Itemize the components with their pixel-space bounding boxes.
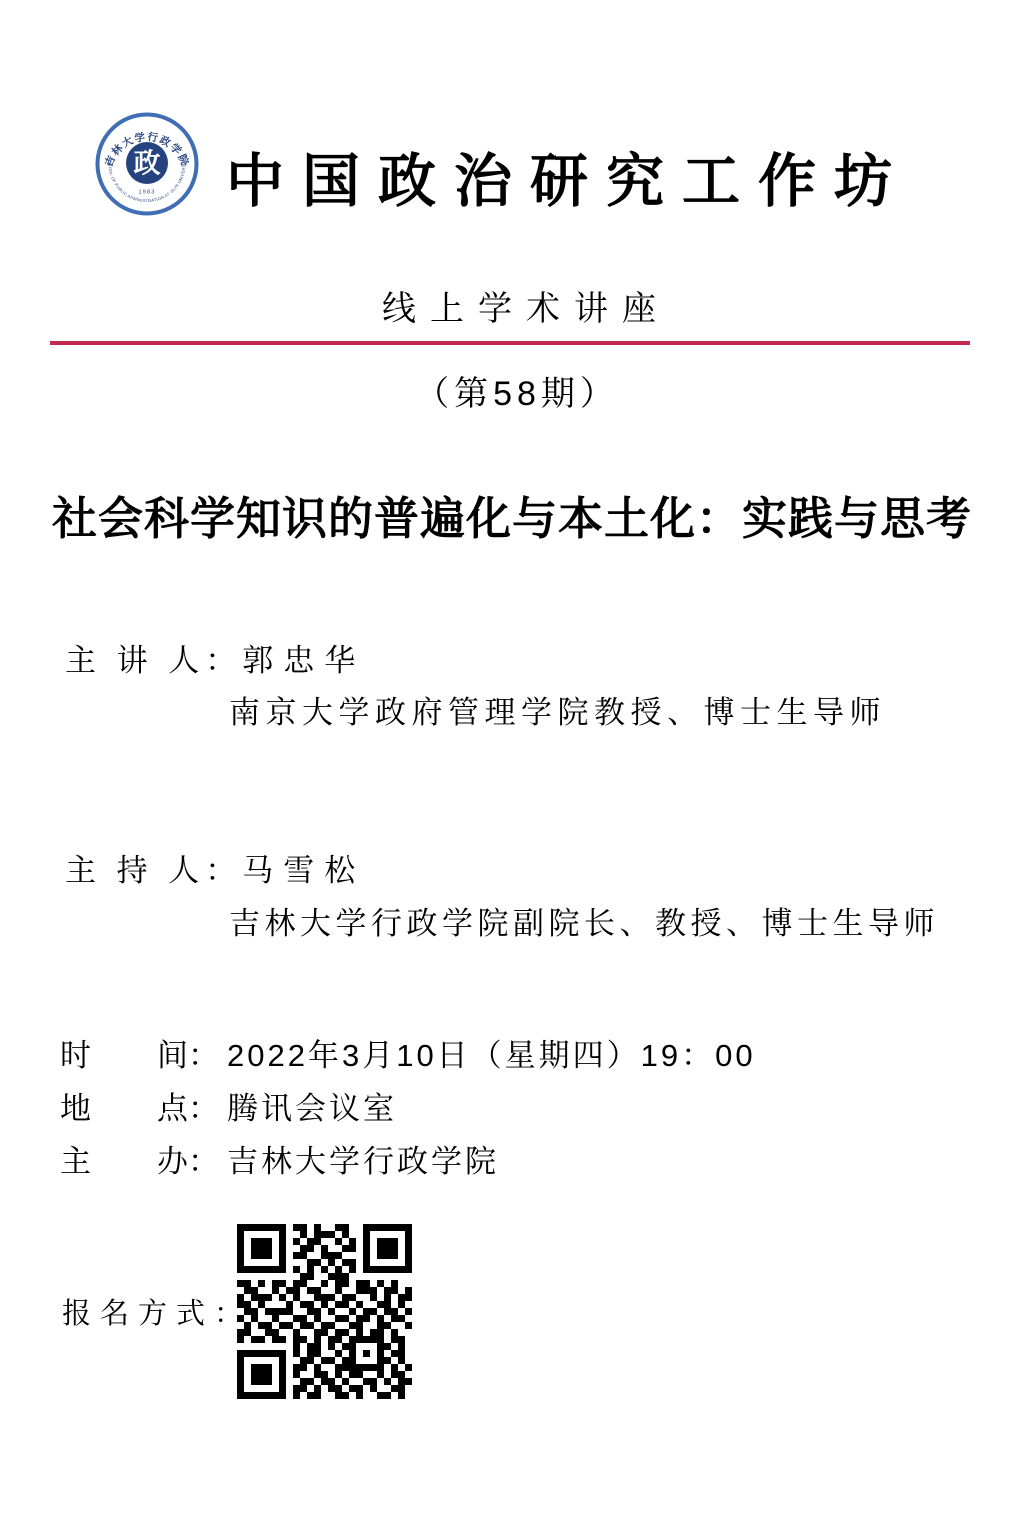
qr-module <box>272 1280 279 1287</box>
qr-module <box>251 1287 258 1294</box>
qr-module <box>300 1266 307 1273</box>
qr-module <box>293 1280 300 1287</box>
qr-module <box>321 1385 328 1392</box>
qr-module <box>258 1385 265 1392</box>
qr-module <box>244 1287 251 1294</box>
qr-module <box>307 1392 314 1399</box>
qr-module <box>328 1245 335 1252</box>
qr-module <box>377 1245 384 1252</box>
qr-module <box>398 1364 405 1371</box>
qr-module <box>398 1273 405 1280</box>
qr-module <box>349 1385 356 1392</box>
qr-module <box>349 1350 356 1357</box>
qr-module <box>405 1273 412 1280</box>
qr-module <box>272 1245 279 1252</box>
qr-module <box>398 1343 405 1350</box>
qr-module <box>272 1378 279 1385</box>
qr-module <box>272 1385 279 1392</box>
qr-module <box>391 1273 398 1280</box>
qr-module <box>356 1231 363 1238</box>
qr-module <box>384 1301 391 1308</box>
qr-module <box>377 1301 384 1308</box>
qr-module <box>328 1336 335 1343</box>
qr-module <box>314 1385 321 1392</box>
qr-module <box>272 1336 279 1343</box>
qr-module <box>237 1343 244 1350</box>
info-label-organizer-last: 办 <box>157 1136 188 1181</box>
qr-module <box>349 1238 356 1245</box>
qr-module <box>335 1371 342 1378</box>
qr-module <box>342 1294 349 1301</box>
qr-module <box>300 1350 307 1357</box>
qr-module <box>363 1301 370 1308</box>
info-label-place-last: 点 <box>157 1083 188 1128</box>
qr-module <box>391 1266 398 1273</box>
qr-module <box>370 1238 377 1245</box>
qr-module <box>342 1385 349 1392</box>
workshop-title: 中国政治研究工作坊 <box>200 134 918 218</box>
qr-module <box>265 1294 272 1301</box>
qr-module <box>258 1301 265 1308</box>
qr-module <box>356 1280 363 1287</box>
qr-module <box>314 1266 321 1273</box>
qr-module <box>272 1266 279 1273</box>
qr-module <box>370 1266 377 1273</box>
qr-module <box>384 1238 391 1245</box>
qr-module <box>300 1364 307 1371</box>
qr-module <box>237 1287 244 1294</box>
qr-module <box>237 1252 244 1259</box>
qr-module <box>384 1273 391 1280</box>
qr-module <box>384 1378 391 1385</box>
qr-module <box>356 1238 363 1245</box>
qr-module <box>384 1294 391 1301</box>
speaker-line: 主 讲 人：郭忠华 <box>65 635 365 680</box>
qr-module <box>342 1371 349 1378</box>
qr-module <box>384 1343 391 1350</box>
qr-module <box>300 1280 307 1287</box>
qr-module <box>293 1231 300 1238</box>
qr-module <box>391 1259 398 1266</box>
qr-module <box>286 1392 293 1399</box>
qr-module <box>356 1315 363 1322</box>
qr-module <box>370 1252 377 1259</box>
qr-module <box>272 1294 279 1301</box>
qr-module <box>244 1392 251 1399</box>
qr-module <box>335 1231 342 1238</box>
qr-module <box>251 1378 258 1385</box>
qr-module <box>405 1392 412 1399</box>
qr-module <box>405 1329 412 1336</box>
qr-module <box>349 1301 356 1308</box>
qr-module <box>286 1280 293 1287</box>
qr-module <box>384 1280 391 1287</box>
qr-module <box>384 1231 391 1238</box>
qr-module <box>384 1371 391 1378</box>
qr-module <box>300 1315 307 1322</box>
qr-module <box>328 1385 335 1392</box>
qr-module <box>349 1343 356 1350</box>
qr-module <box>349 1252 356 1259</box>
qr-module <box>377 1350 384 1357</box>
qr-module <box>279 1266 286 1273</box>
qr-module <box>370 1315 377 1322</box>
qr-module <box>342 1378 349 1385</box>
qr-module <box>286 1266 293 1273</box>
qr-module <box>405 1371 412 1378</box>
qr-module <box>237 1294 244 1301</box>
qr-module <box>377 1259 384 1266</box>
qr-module <box>370 1301 377 1308</box>
qr-module <box>363 1322 370 1329</box>
qr-module <box>384 1357 391 1364</box>
qr-module <box>279 1385 286 1392</box>
qr-module <box>328 1315 335 1322</box>
qr-module <box>328 1266 335 1273</box>
qr-module <box>279 1371 286 1378</box>
qr-module <box>251 1364 258 1371</box>
qr-module <box>265 1385 272 1392</box>
qr-module <box>377 1224 384 1231</box>
qr-module <box>370 1308 377 1315</box>
qr-module <box>398 1350 405 1357</box>
qr-module <box>377 1266 384 1273</box>
qr-module <box>244 1329 251 1336</box>
qr-module <box>363 1392 370 1399</box>
qr-module <box>314 1231 321 1238</box>
qr-module <box>237 1350 244 1357</box>
qr-module <box>286 1259 293 1266</box>
qr-module <box>328 1231 335 1238</box>
qr-module <box>356 1378 363 1385</box>
qr-module <box>370 1385 377 1392</box>
qr-module <box>405 1364 412 1371</box>
qr-module <box>356 1392 363 1399</box>
qr-module <box>244 1343 251 1350</box>
qr-module <box>391 1385 398 1392</box>
qr-module <box>307 1329 314 1336</box>
qr-module <box>258 1336 265 1343</box>
qr-module <box>307 1350 314 1357</box>
qr-module <box>244 1350 251 1357</box>
qr-module <box>258 1308 265 1315</box>
qr-module <box>314 1350 321 1357</box>
qr-module <box>286 1224 293 1231</box>
qr-module <box>363 1308 370 1315</box>
qr-module <box>258 1350 265 1357</box>
qr-module <box>258 1329 265 1336</box>
qr-module <box>251 1371 258 1378</box>
qr-module <box>349 1364 356 1371</box>
issue-number: （第58期） <box>0 366 1024 415</box>
qr-module <box>286 1301 293 1308</box>
qr-module <box>279 1280 286 1287</box>
qr-module <box>349 1273 356 1280</box>
qr-module <box>293 1301 300 1308</box>
qr-module <box>342 1252 349 1259</box>
qr-module <box>405 1385 412 1392</box>
qr-module <box>258 1294 265 1301</box>
qr-module <box>342 1350 349 1357</box>
qr-module <box>335 1322 342 1329</box>
seal-emblem-glyph: 政 <box>134 149 161 180</box>
qr-module <box>391 1371 398 1378</box>
qr-module <box>342 1357 349 1364</box>
qr-module <box>356 1322 363 1329</box>
host-role-label: 主 持 人： <box>65 853 242 888</box>
qr-module <box>237 1301 244 1308</box>
qr-module <box>405 1231 412 1238</box>
qr-module <box>272 1287 279 1294</box>
qr-module <box>356 1329 363 1336</box>
qr-module <box>321 1315 328 1322</box>
qr-module <box>370 1329 377 1336</box>
qr-module <box>342 1336 349 1343</box>
qr-module <box>328 1378 335 1385</box>
qr-module <box>398 1224 405 1231</box>
qr-module <box>244 1245 251 1252</box>
qr-module <box>363 1336 370 1343</box>
qr-module <box>349 1245 356 1252</box>
qr-module <box>321 1238 328 1245</box>
qr-module <box>265 1329 272 1336</box>
qr-module <box>314 1280 321 1287</box>
qr-module <box>342 1343 349 1350</box>
qr-module <box>398 1385 405 1392</box>
info-label-organizer: 主办 <box>60 1136 188 1181</box>
qr-module <box>314 1378 321 1385</box>
qr-module <box>342 1266 349 1273</box>
qr-module <box>251 1266 258 1273</box>
qr-module <box>356 1287 363 1294</box>
info-label-place-first: 地 <box>60 1083 91 1128</box>
qr-module <box>307 1266 314 1273</box>
qr-module <box>335 1301 342 1308</box>
qr-module <box>328 1343 335 1350</box>
qr-module <box>293 1308 300 1315</box>
qr-module <box>370 1350 377 1357</box>
qr-module <box>384 1385 391 1392</box>
qr-module <box>321 1280 328 1287</box>
qr-module <box>328 1301 335 1308</box>
qr-module <box>405 1245 412 1252</box>
qr-module <box>321 1329 328 1336</box>
qr-module <box>307 1385 314 1392</box>
qr-module <box>363 1273 370 1280</box>
qr-module <box>286 1336 293 1343</box>
qr-module <box>342 1224 349 1231</box>
qr-module <box>244 1385 251 1392</box>
qr-module <box>398 1378 405 1385</box>
qr-module <box>244 1273 251 1280</box>
qr-module <box>244 1224 251 1231</box>
qr-module <box>286 1378 293 1385</box>
qr-module <box>286 1371 293 1378</box>
qr-module <box>321 1224 328 1231</box>
qr-module <box>286 1273 293 1280</box>
qr-module <box>342 1301 349 1308</box>
qr-module <box>293 1364 300 1371</box>
qr-module <box>370 1322 377 1329</box>
qr-module <box>300 1273 307 1280</box>
qr-module <box>321 1252 328 1259</box>
qr-module <box>377 1364 384 1371</box>
seal-star-right-icon: ★ <box>183 162 187 167</box>
qr-module <box>370 1245 377 1252</box>
qr-module <box>307 1287 314 1294</box>
qr-module <box>279 1224 286 1231</box>
qr-module <box>363 1224 370 1231</box>
qr-module <box>328 1329 335 1336</box>
qr-module <box>272 1322 279 1329</box>
qr-module <box>286 1329 293 1336</box>
qr-module <box>349 1322 356 1329</box>
qr-module <box>377 1280 384 1287</box>
qr-module <box>286 1294 293 1301</box>
lecture-title: 社会科学知识的普遍化与本土化：实践与思考 <box>0 482 1024 547</box>
qr-module <box>398 1322 405 1329</box>
qr-module <box>265 1245 272 1252</box>
host-affiliation: 吉林大学行政学院副院长、教授、博士生导师 <box>229 898 939 943</box>
host-name: 马雪松 <box>242 853 365 888</box>
qr-module <box>391 1336 398 1343</box>
qr-module <box>293 1329 300 1336</box>
qr-module <box>321 1364 328 1371</box>
qr-module <box>244 1308 251 1315</box>
qr-module <box>363 1287 370 1294</box>
qr-module <box>265 1287 272 1294</box>
qr-module <box>370 1280 377 1287</box>
qr-module <box>405 1252 412 1259</box>
qr-module <box>384 1245 391 1252</box>
qr-module <box>363 1280 370 1287</box>
qr-module <box>265 1259 272 1266</box>
qr-module <box>342 1364 349 1371</box>
qr-module <box>349 1224 356 1231</box>
signup-label: 报名方式： <box>62 1291 252 1332</box>
qr-module <box>244 1266 251 1273</box>
info-label-time-first: 时 <box>60 1030 91 1075</box>
qr-module <box>244 1294 251 1301</box>
qr-module <box>286 1385 293 1392</box>
qr-module <box>300 1392 307 1399</box>
qr-module <box>356 1294 363 1301</box>
qr-module <box>314 1238 321 1245</box>
qr-module <box>405 1259 412 1266</box>
speaker-affiliation: 南京大学政府管理学院教授、博士生导师 <box>229 687 886 732</box>
qr-module <box>279 1364 286 1371</box>
qr-module <box>293 1294 300 1301</box>
qr-module <box>272 1364 279 1371</box>
qr-module <box>370 1343 377 1350</box>
qr-module <box>265 1308 272 1315</box>
qr-code <box>237 1224 412 1399</box>
qr-module <box>328 1308 335 1315</box>
qr-module <box>265 1322 272 1329</box>
qr-module <box>258 1266 265 1273</box>
qr-module <box>363 1385 370 1392</box>
qr-module <box>335 1343 342 1350</box>
qr-module <box>398 1266 405 1273</box>
qr-module <box>356 1301 363 1308</box>
qr-module <box>300 1224 307 1231</box>
qr-module <box>286 1245 293 1252</box>
qr-module <box>251 1259 258 1266</box>
qr-module <box>391 1280 398 1287</box>
qr-module <box>265 1364 272 1371</box>
qr-module <box>356 1350 363 1357</box>
qr-module <box>237 1329 244 1336</box>
qr-module <box>272 1231 279 1238</box>
qr-module <box>300 1378 307 1385</box>
qr-module <box>314 1364 321 1371</box>
info-row-place: 地点 ： 腾讯会议室 <box>60 1083 397 1128</box>
qr-module <box>363 1259 370 1266</box>
qr-module <box>286 1357 293 1364</box>
qr-module <box>405 1308 412 1315</box>
qr-module <box>335 1252 342 1259</box>
qr-module <box>300 1245 307 1252</box>
qr-module <box>335 1308 342 1315</box>
qr-module <box>307 1301 314 1308</box>
qr-module <box>328 1224 335 1231</box>
qr-module <box>258 1259 265 1266</box>
qr-module <box>335 1287 342 1294</box>
qr-module <box>342 1315 349 1322</box>
qr-module <box>349 1357 356 1364</box>
qr-module <box>244 1357 251 1364</box>
qr-module <box>342 1259 349 1266</box>
qr-module <box>363 1266 370 1273</box>
qr-module <box>335 1259 342 1266</box>
qr-module <box>244 1364 251 1371</box>
qr-module <box>342 1238 349 1245</box>
qr-module <box>272 1273 279 1280</box>
qr-module <box>384 1287 391 1294</box>
qr-module <box>384 1308 391 1315</box>
qr-module <box>251 1301 258 1308</box>
qr-module <box>258 1280 265 1287</box>
qr-module <box>265 1252 272 1259</box>
qr-module <box>286 1343 293 1350</box>
qr-module <box>391 1252 398 1259</box>
qr-module <box>293 1350 300 1357</box>
qr-module <box>335 1273 342 1280</box>
qr-module <box>258 1322 265 1329</box>
qr-module <box>377 1252 384 1259</box>
qr-module <box>391 1231 398 1238</box>
qr-module <box>391 1301 398 1308</box>
qr-module <box>258 1273 265 1280</box>
qr-module <box>293 1336 300 1343</box>
qr-module <box>398 1315 405 1322</box>
qr-module <box>405 1287 412 1294</box>
qr-module <box>279 1336 286 1343</box>
qr-module <box>363 1371 370 1378</box>
qr-module <box>314 1224 321 1231</box>
qr-module <box>314 1287 321 1294</box>
qr-module <box>237 1266 244 1273</box>
qr-module <box>398 1371 405 1378</box>
qr-module <box>349 1392 356 1399</box>
qr-module <box>377 1392 384 1399</box>
qr-module <box>398 1252 405 1259</box>
qr-module <box>237 1392 244 1399</box>
qr-module <box>300 1238 307 1245</box>
qr-module <box>237 1371 244 1378</box>
qr-module <box>272 1343 279 1350</box>
qr-module <box>328 1350 335 1357</box>
